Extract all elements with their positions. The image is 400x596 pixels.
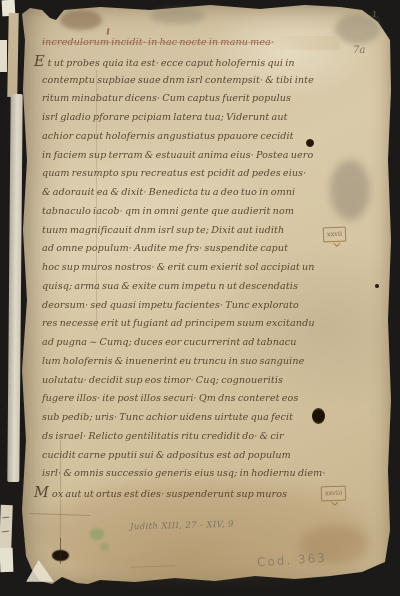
manuscript-text-line: fugere illos· ite post illos securi· Qm … [42, 390, 342, 409]
manuscript-text-line: incredulorum incidit· in hac nocte in ma… [42, 34, 342, 53]
chapter-mark-cartouche: xxviii [321, 486, 347, 502]
manuscript-text-line: tuum magnificauit dnm isrl sup te; Dixit… [42, 222, 342, 241]
manuscript-text-line: isrl gladio pforare pcipiam latera tua; … [42, 109, 342, 128]
manuscript-text-line: lum holofernis & inuenerint eu truncu in… [42, 353, 342, 372]
manuscript-text-line: contemptu supbiae suae dnm isrl contemps… [42, 72, 342, 91]
underleaf-fragment [0, 505, 13, 549]
binding-guard-strip [7, 94, 22, 482]
manuscript-text-line: isrl· & omnis successio generis eius usq… [42, 465, 342, 484]
manuscript-text-line: res necesse erit ut fugiant ad principem… [42, 315, 342, 334]
manuscript-text-line: achior caput holofernis angustiatus ppau… [42, 128, 342, 147]
manuscript-text-line: tabnaculo iacob· qm in omni gente que au… [42, 203, 342, 222]
manuscript-text-line: Et ut probes quia ita est· ecce caput ho… [34, 53, 342, 72]
manuscript-text-line: uolutatu· decidit sup eos timor· Cuq; co… [42, 372, 342, 391]
manuscript-text-line: & adorauit ea & dixit· Benedicta tu a de… [42, 184, 342, 203]
manuscript-text-line: quisq; arma sua & exite cum impetu n ut … [42, 278, 342, 297]
manuscript-text-line: ad omne populum· Audite me frs· suspendi… [42, 240, 342, 259]
manuscript-text-line: deorsum· sed quasi impetu facientes· Tun… [42, 297, 342, 316]
manuscript-photo: incredulorum incidit· in hac nocte in ma… [0, 0, 400, 596]
manuscript-text-line: sub pedib; uris· Tunc achior uidens uirt… [42, 409, 342, 428]
manuscript-text-line: ds israel· Relicto gentilitatis ritu cre… [42, 428, 342, 447]
binding-sliver [0, 40, 7, 72]
pencil-foliation: 7a [353, 45, 365, 56]
manuscript-text-line: ritum minabatur dicens· Cum captus fueri… [42, 90, 342, 109]
manuscript-text-line: in faciem sup terram & estuauit anima ei… [42, 147, 342, 166]
underleaf-fragment [0, 548, 13, 572]
manuscript-text-line: ad pugna ~ Cumq; duces eor cucurrerint a… [42, 334, 342, 353]
text-block: incredulorum incidit· in hac nocte in ma… [42, 34, 342, 503]
manuscript-text-line: cucidit carne pputii sui & adpositus est… [42, 447, 342, 466]
manuscript-text-line: quam resumpto spu recreatus est pcidit a… [42, 165, 342, 184]
folio-number: 1. [371, 10, 380, 20]
manuscript-text-line: hoc sup muros nostros· & erit cum exieri… [42, 259, 342, 278]
manuscript-text-line: Mox aut ut ortus est dies· suspenderunt … [34, 484, 342, 503]
chapter-mark-cartouche: xxvii [323, 227, 347, 243]
binding-strip [7, 13, 18, 97]
